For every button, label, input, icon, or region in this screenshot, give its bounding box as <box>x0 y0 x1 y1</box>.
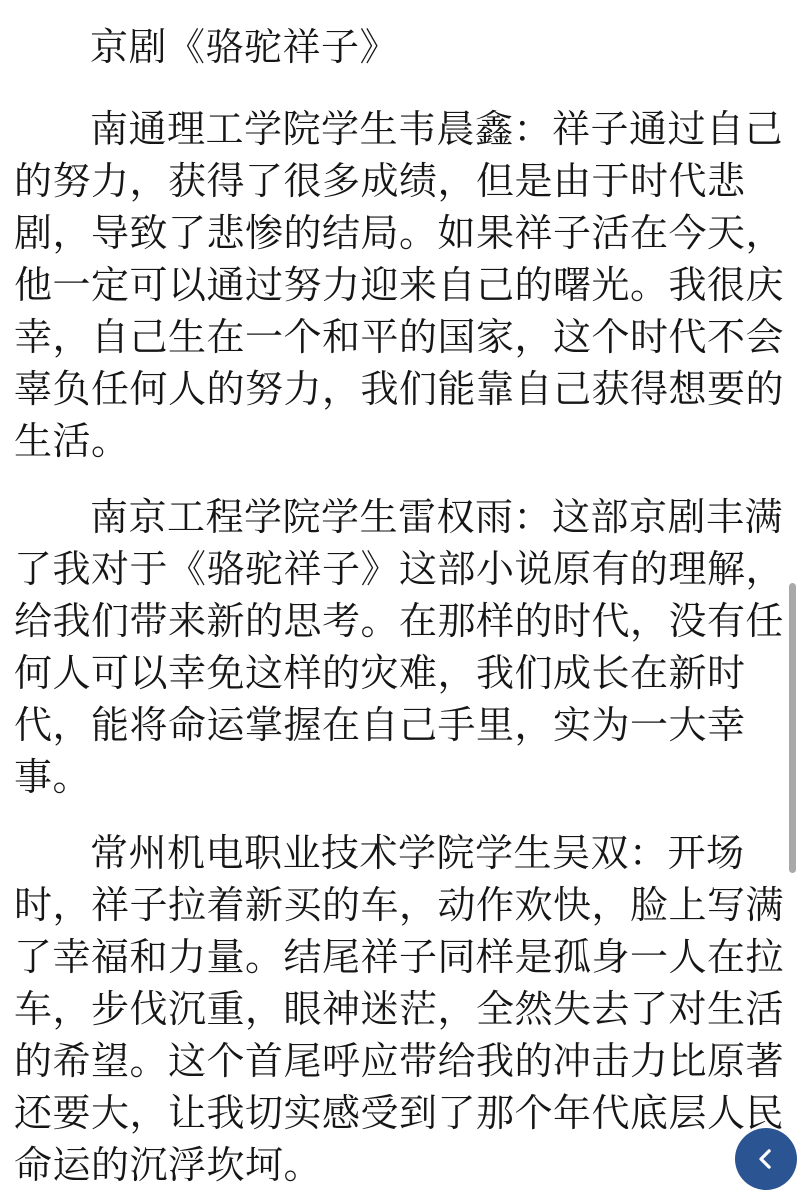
paragraph-student-comment-2: 南京工程学院学生雷权雨：这部京剧丰满 了我对于《骆驼祥子》这部小说原有的理解， … <box>14 492 785 804</box>
paragraph-student-comment-3: 常州机电职业技术学院学生吴双：开场 时，祥子拉着新买的车，动作欢快，脸上写满 了… <box>14 828 785 1191</box>
paragraph-student-comment-1: 南通理工学院学生韦晨鑫：祥子通过自己 的努力，获得了很多成绩，但是由于时代悲 剧… <box>14 104 785 468</box>
chevron-left-icon <box>751 1144 781 1174</box>
document-title: 京剧《骆驼祥子》 <box>14 22 785 74</box>
back-button[interactable] <box>735 1128 797 1190</box>
document-content: 京剧《骆驼祥子》 南通理工学院学生韦晨鑫：祥子通过自己 的努力，获得了很多成绩，… <box>0 0 799 1191</box>
document-page: 京剧《骆驼祥子》 南通理工学院学生韦晨鑫：祥子通过自己 的努力，获得了很多成绩，… <box>0 0 799 1191</box>
scrollbar-thumb[interactable] <box>789 583 796 873</box>
